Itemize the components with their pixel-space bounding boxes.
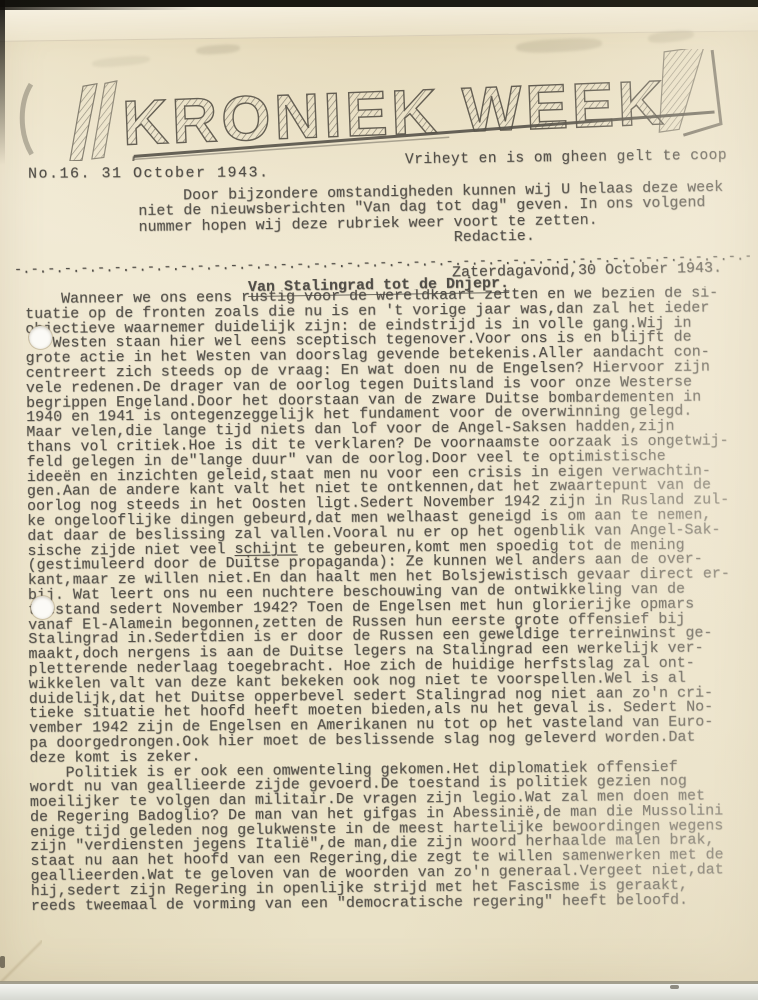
issue-number-date: No.16. 31 October 1943. — [28, 164, 270, 182]
masthead-title: KRONIEK WEEK — [121, 68, 668, 159]
paper-bottom-edge — [0, 981, 758, 984]
paper-sheet: KRONIEK WEEK No.16. 31 October 1943. Vri… — [0, 5, 758, 982]
bottom-left-mark — [0, 956, 5, 968]
masthead-flourish-right — [656, 49, 707, 132]
scan-edge-top — [0, 0, 758, 7]
editorial-notice: Door bijzondere omstandigheden kunnen wi… — [138, 180, 699, 250]
punch-hole-bottom — [31, 596, 54, 619]
scanner-bed — [0, 984, 758, 1000]
article-body: Wanneer we ons eens rustig voor de werel… — [25, 286, 758, 914]
masthead-flourish-left-curve — [21, 84, 34, 154]
punch-hole-top — [29, 326, 52, 349]
bottom-left-crease — [0, 940, 42, 982]
scan-edge-left — [0, 0, 5, 165]
scanned-page: KRONIEK WEEK No.16. 31 October 1943. Vri… — [0, 0, 758, 1000]
masthead: KRONIEK WEEK — [18, 49, 734, 161]
motto: Vriheyt en is om gheen gelt te coop — [405, 148, 727, 168]
top-fold-crease — [0, 5, 758, 42]
